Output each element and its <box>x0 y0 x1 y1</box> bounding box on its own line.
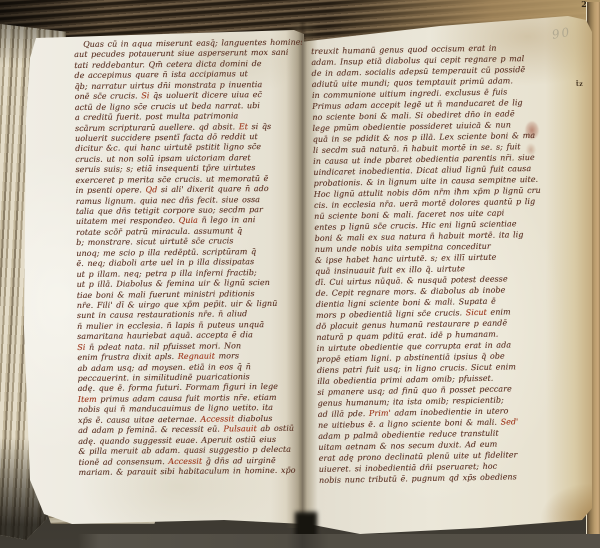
rubricated-word: Regnauit <box>178 352 215 361</box>
table-surface-band <box>78 534 600 548</box>
rubricated-word: Qd <box>145 185 157 194</box>
rubricated-word: Item <box>78 395 97 404</box>
rubricated-word: Et <box>239 122 248 131</box>
rubricated-word: Quia <box>179 216 198 225</box>
margin-note: t̄z <box>576 80 592 92</box>
right-page-text: treuxit humanū genus quod occisum erat i… <box>311 42 561 486</box>
rubricated-word: Pulsauit <box>223 424 256 433</box>
rubricated-word: Sed' <box>500 417 518 426</box>
rubricated-word: Accessit <box>168 456 202 465</box>
rubricated-word: Si <box>77 343 85 352</box>
manuscript-photo: 2 90 t̄z Quas cū in aqua miserunt easq̄;… <box>0 0 600 548</box>
rubricated-word: Si <box>141 91 149 100</box>
rubricated-word: Accessit <box>200 414 234 423</box>
left-page-text: Quas cū in aqua miserunt easq̄; languent… <box>74 38 307 479</box>
rubricated-word: Sicut <box>466 308 487 317</box>
rubricated-word: Prim' <box>369 409 391 418</box>
